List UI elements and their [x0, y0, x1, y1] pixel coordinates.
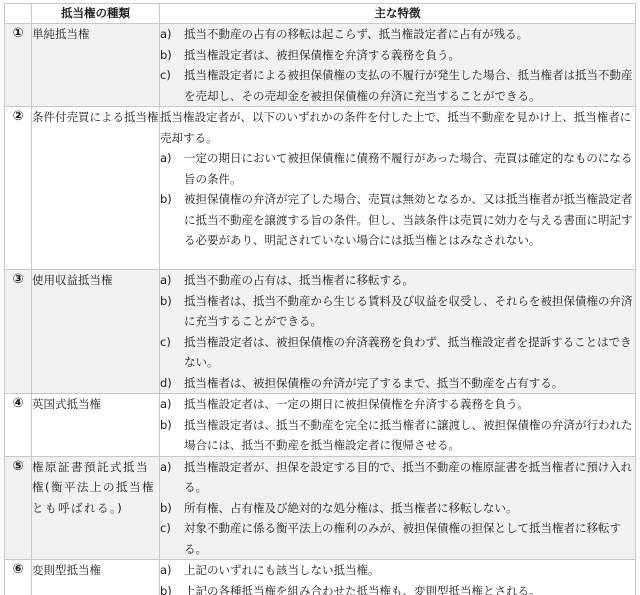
feature-item: a)上記のいずれにも該当しない抵当権。 — [160, 560, 635, 581]
item-label: a) — [160, 394, 184, 415]
item-text: 所有権、占有権及び絶対的な処分権は、抵当権者に移転しない。 — [184, 498, 635, 519]
item-label: c) — [160, 518, 184, 559]
item-text: 抵当不動産の占有の移転は起こらず、抵当権設定者に占有が残る。 — [184, 24, 635, 45]
item-label: a) — [160, 24, 184, 45]
item-text: 一定の期日において被担保債権に債務不履行があった場合、売買は確定的なものになる旨… — [184, 148, 635, 189]
mortgage-type: 使用収益抵当権 — [32, 270, 160, 394]
feature-item: c)抵当権設定者による被担保債権の支払の不履行が発生した場合、抵当権者は抵当不動… — [160, 65, 635, 106]
item-text: 抵当権者は、抵当不動産から生じる賃料及び収益を収受し、それらを被担保債権の弁済に… — [184, 291, 635, 332]
mortgage-type: 変則型抵当権 — [32, 560, 160, 595]
feature-item: d)抵当権者は、被担保債権の弁済が完了するまで、抵当不動産を占有する。 — [160, 373, 635, 394]
item-text: 被担保債権の弁済が完了した場合、売買は無効となるか、又は抵当権者が抵当権設定者に… — [184, 189, 635, 251]
item-label: a) — [160, 148, 184, 189]
table-header-row: 抵当権の種類 主な特徴 — [5, 4, 636, 24]
table-row: ④ 英国式抵当権 a)抵当権設定者は、一定の期日に被担保債権を弁済する義務を負う… — [5, 394, 636, 457]
feature-item: a)抵当不動産の占有は、抵当権者に移転する。 — [160, 270, 635, 291]
row-number: ④ — [5, 394, 32, 457]
item-label: c) — [160, 65, 184, 106]
item-label: b) — [160, 581, 184, 595]
header-main-features: 主な特徴 — [160, 4, 636, 24]
item-label: a) — [160, 270, 184, 291]
mortgage-type: 条件付売買による抵当権 — [32, 107, 160, 270]
item-text: 対象不動産に係る衡平法上の権利のみが、被担保債権の担保として抵当権者に移転する。 — [184, 518, 635, 559]
features-cell: a)抵当権設定者が、担保を設定する目的で、抵当不動産の権原証書を抵当権者に預け入… — [160, 456, 636, 560]
item-label: b) — [160, 291, 184, 332]
mortgage-type: 権原証書預託式抵当権(衡平法上の抵当権とも呼ばれる。) — [32, 456, 160, 560]
feature-item: a)一定の期日において被担保債権に債務不履行があった場合、売買は確定的なものにな… — [160, 148, 635, 189]
feature-item: b)所有権、占有権及び絶対的な処分権は、抵当権者に移転しない。 — [160, 498, 635, 519]
item-text: 抵当権設定者は、被担保債権を弁済する義務を負う。 — [184, 45, 635, 66]
mortgage-type: 英国式抵当権 — [32, 394, 160, 457]
item-text: 抵当権設定者による被担保債権の支払の不履行が発生した場合、抵当権者は抵当不動産を… — [184, 65, 635, 106]
feature-item: b)抵当権者は、抵当不動産から生じる賃料及び収益を収受し、それらを被担保債権の弁… — [160, 291, 635, 332]
item-label: d) — [160, 373, 184, 394]
table-row: ③ 使用収益抵当権 a)抵当不動産の占有は、抵当権者に移転する。 b)抵当権者は… — [5, 270, 636, 394]
item-text: 抵当権設定者は、抵当不動産を完全に抵当権者に譲渡し、被担保債権の弁済が行われた場… — [184, 415, 635, 456]
item-label: a) — [160, 457, 184, 498]
feature-item: b)上記の各種抵当権を組み合わせた抵当権も、変則型抵当権とされる。 — [160, 581, 635, 595]
feature-item: b)被担保債権の弁済が完了した場合、売買は無効となるか、又は抵当権者が抵当権設定… — [160, 189, 635, 251]
item-label: b) — [160, 189, 184, 251]
features-cell: a)抵当不動産の占有は、抵当権者に移転する。 b)抵当権者は、抵当不動産から生じ… — [160, 270, 636, 394]
header-number — [5, 4, 32, 24]
row-number: ⑤ — [5, 456, 32, 560]
feature-item: a)抵当不動産の占有の移転は起こらず、抵当権設定者に占有が残る。 — [160, 24, 635, 45]
item-label: a) — [160, 560, 184, 581]
item-label: b) — [160, 45, 184, 66]
row-number: ⑥ — [5, 560, 32, 595]
row-number: ③ — [5, 270, 32, 394]
item-text: 抵当権設定者は、被担保債権の弁済義務を負わず、抵当権設定者を提訴することはできな… — [184, 332, 635, 373]
item-label: b) — [160, 498, 184, 519]
features-cell: a)抵当権設定者は、一定の期日に被担保債権を弁済する義務を負う。 b)抵当権設定… — [160, 394, 636, 457]
mortgage-types-table: 抵当権の種類 主な特徴 ① 単純抵当権 a)抵当不動産の占有の移転は起こらず、抵… — [4, 3, 636, 595]
item-text: 上記の各種抵当権を組み合わせた抵当権も、変則型抵当権とされる。 — [184, 581, 635, 595]
row-number: ① — [5, 24, 32, 107]
item-text: 抵当不動産の占有は、抵当権者に移転する。 — [184, 270, 635, 291]
features-cell: 抵当権設定者が、以下のいずれかの条件を付した上で、抵当不動産を見かけ上、抵当権者… — [160, 107, 636, 270]
feature-item: c)対象不動産に係る衡平法上の権利のみが、被担保債権の担保として抵当権者に移転す… — [160, 518, 635, 559]
item-label: b) — [160, 415, 184, 456]
features-cell: a)抵当不動産の占有の移転は起こらず、抵当権設定者に占有が残る。 b)抵当権設定… — [160, 24, 636, 107]
item-text: 上記のいずれにも該当しない抵当権。 — [184, 560, 635, 581]
features-intro: 抵当権設定者が、以下のいずれかの条件を付した上で、抵当不動産を見かけ上、抵当権者… — [160, 107, 635, 148]
table-row: ① 単純抵当権 a)抵当不動産の占有の移転は起こらず、抵当権設定者に占有が残る。… — [5, 24, 636, 107]
feature-item: c)抵当権設定者は、被担保債権の弁済義務を負わず、抵当権設定者を提訴することはで… — [160, 332, 635, 373]
features-cell: a)上記のいずれにも該当しない抵当権。 b)上記の各種抵当権を組み合わせた抵当権… — [160, 560, 636, 595]
table-row: ② 条件付売買による抵当権 抵当権設定者が、以下のいずれかの条件を付した上で、抵… — [5, 107, 636, 270]
feature-item: a)抵当権設定者は、一定の期日に被担保債権を弁済する義務を負う。 — [160, 394, 635, 415]
mortgage-type: 単純抵当権 — [32, 24, 160, 107]
item-text: 抵当権者は、被担保債権の弁済が完了するまで、抵当不動産を占有する。 — [184, 373, 635, 394]
item-text: 抵当権設定者は、一定の期日に被担保債権を弁済する義務を負う。 — [184, 394, 635, 415]
feature-item: b)抵当権設定者は、被担保債権を弁済する義務を負う。 — [160, 45, 635, 66]
feature-item: b)抵当権設定者は、抵当不動産を完全に抵当権者に譲渡し、被担保債権の弁済が行われ… — [160, 415, 635, 456]
row-number: ② — [5, 107, 32, 270]
table-row: ⑤ 権原証書預託式抵当権(衡平法上の抵当権とも呼ばれる。) a)抵当権設定者が、… — [5, 456, 636, 560]
header-mortgage-type: 抵当権の種類 — [32, 4, 160, 24]
table-row: ⑥ 変則型抵当権 a)上記のいずれにも該当しない抵当権。 b)上記の各種抵当権を… — [5, 560, 636, 595]
item-text: 抵当権設定者が、担保を設定する目的で、抵当不動産の権原証書を抵当権者に預け入れる… — [184, 457, 635, 498]
feature-item: a)抵当権設定者が、担保を設定する目的で、抵当不動産の権原証書を抵当権者に預け入… — [160, 457, 635, 498]
item-label: c) — [160, 332, 184, 373]
